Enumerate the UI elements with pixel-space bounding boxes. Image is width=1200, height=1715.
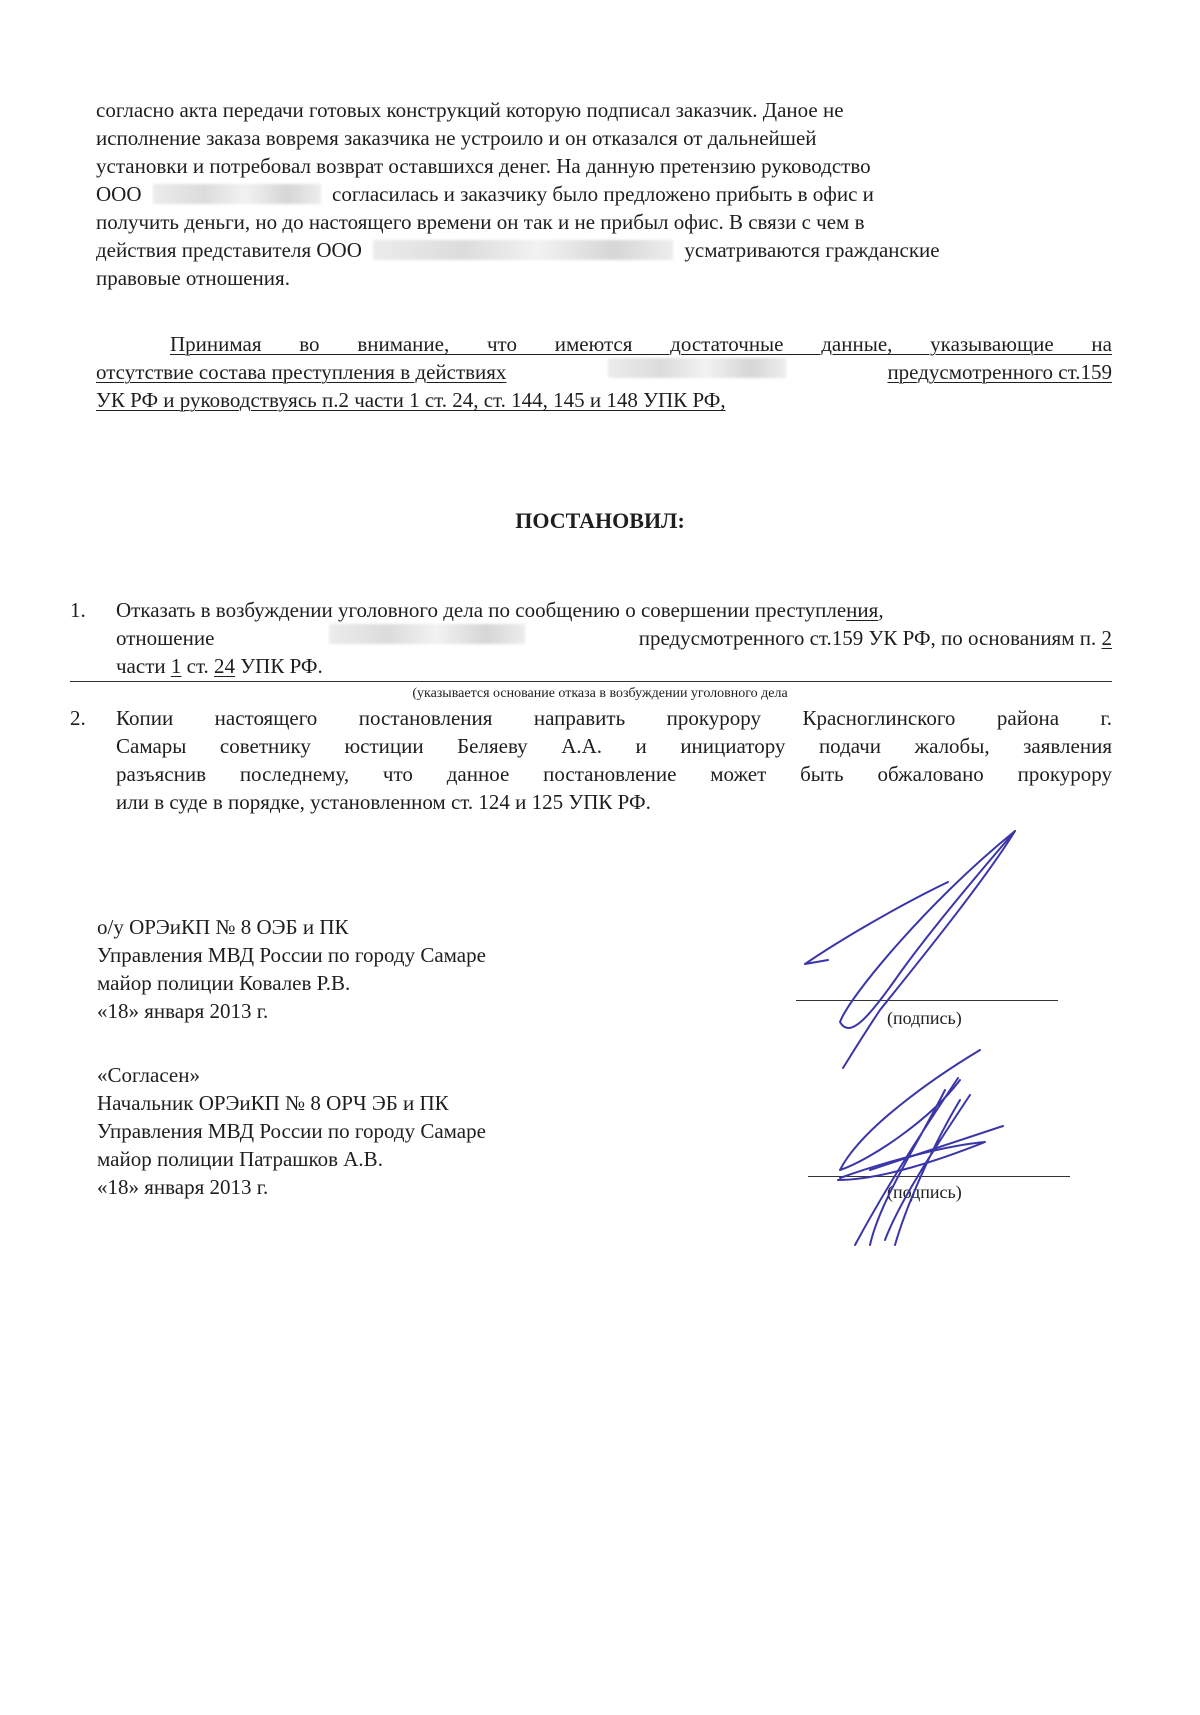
signature-2-stroke (855, 1078, 958, 1245)
signature-1-stroke (843, 831, 1015, 1068)
signature-2-stroke (870, 1126, 1003, 1170)
handwritten-signatures (0, 0, 1200, 1715)
signature-1-stroke (840, 831, 1015, 1028)
